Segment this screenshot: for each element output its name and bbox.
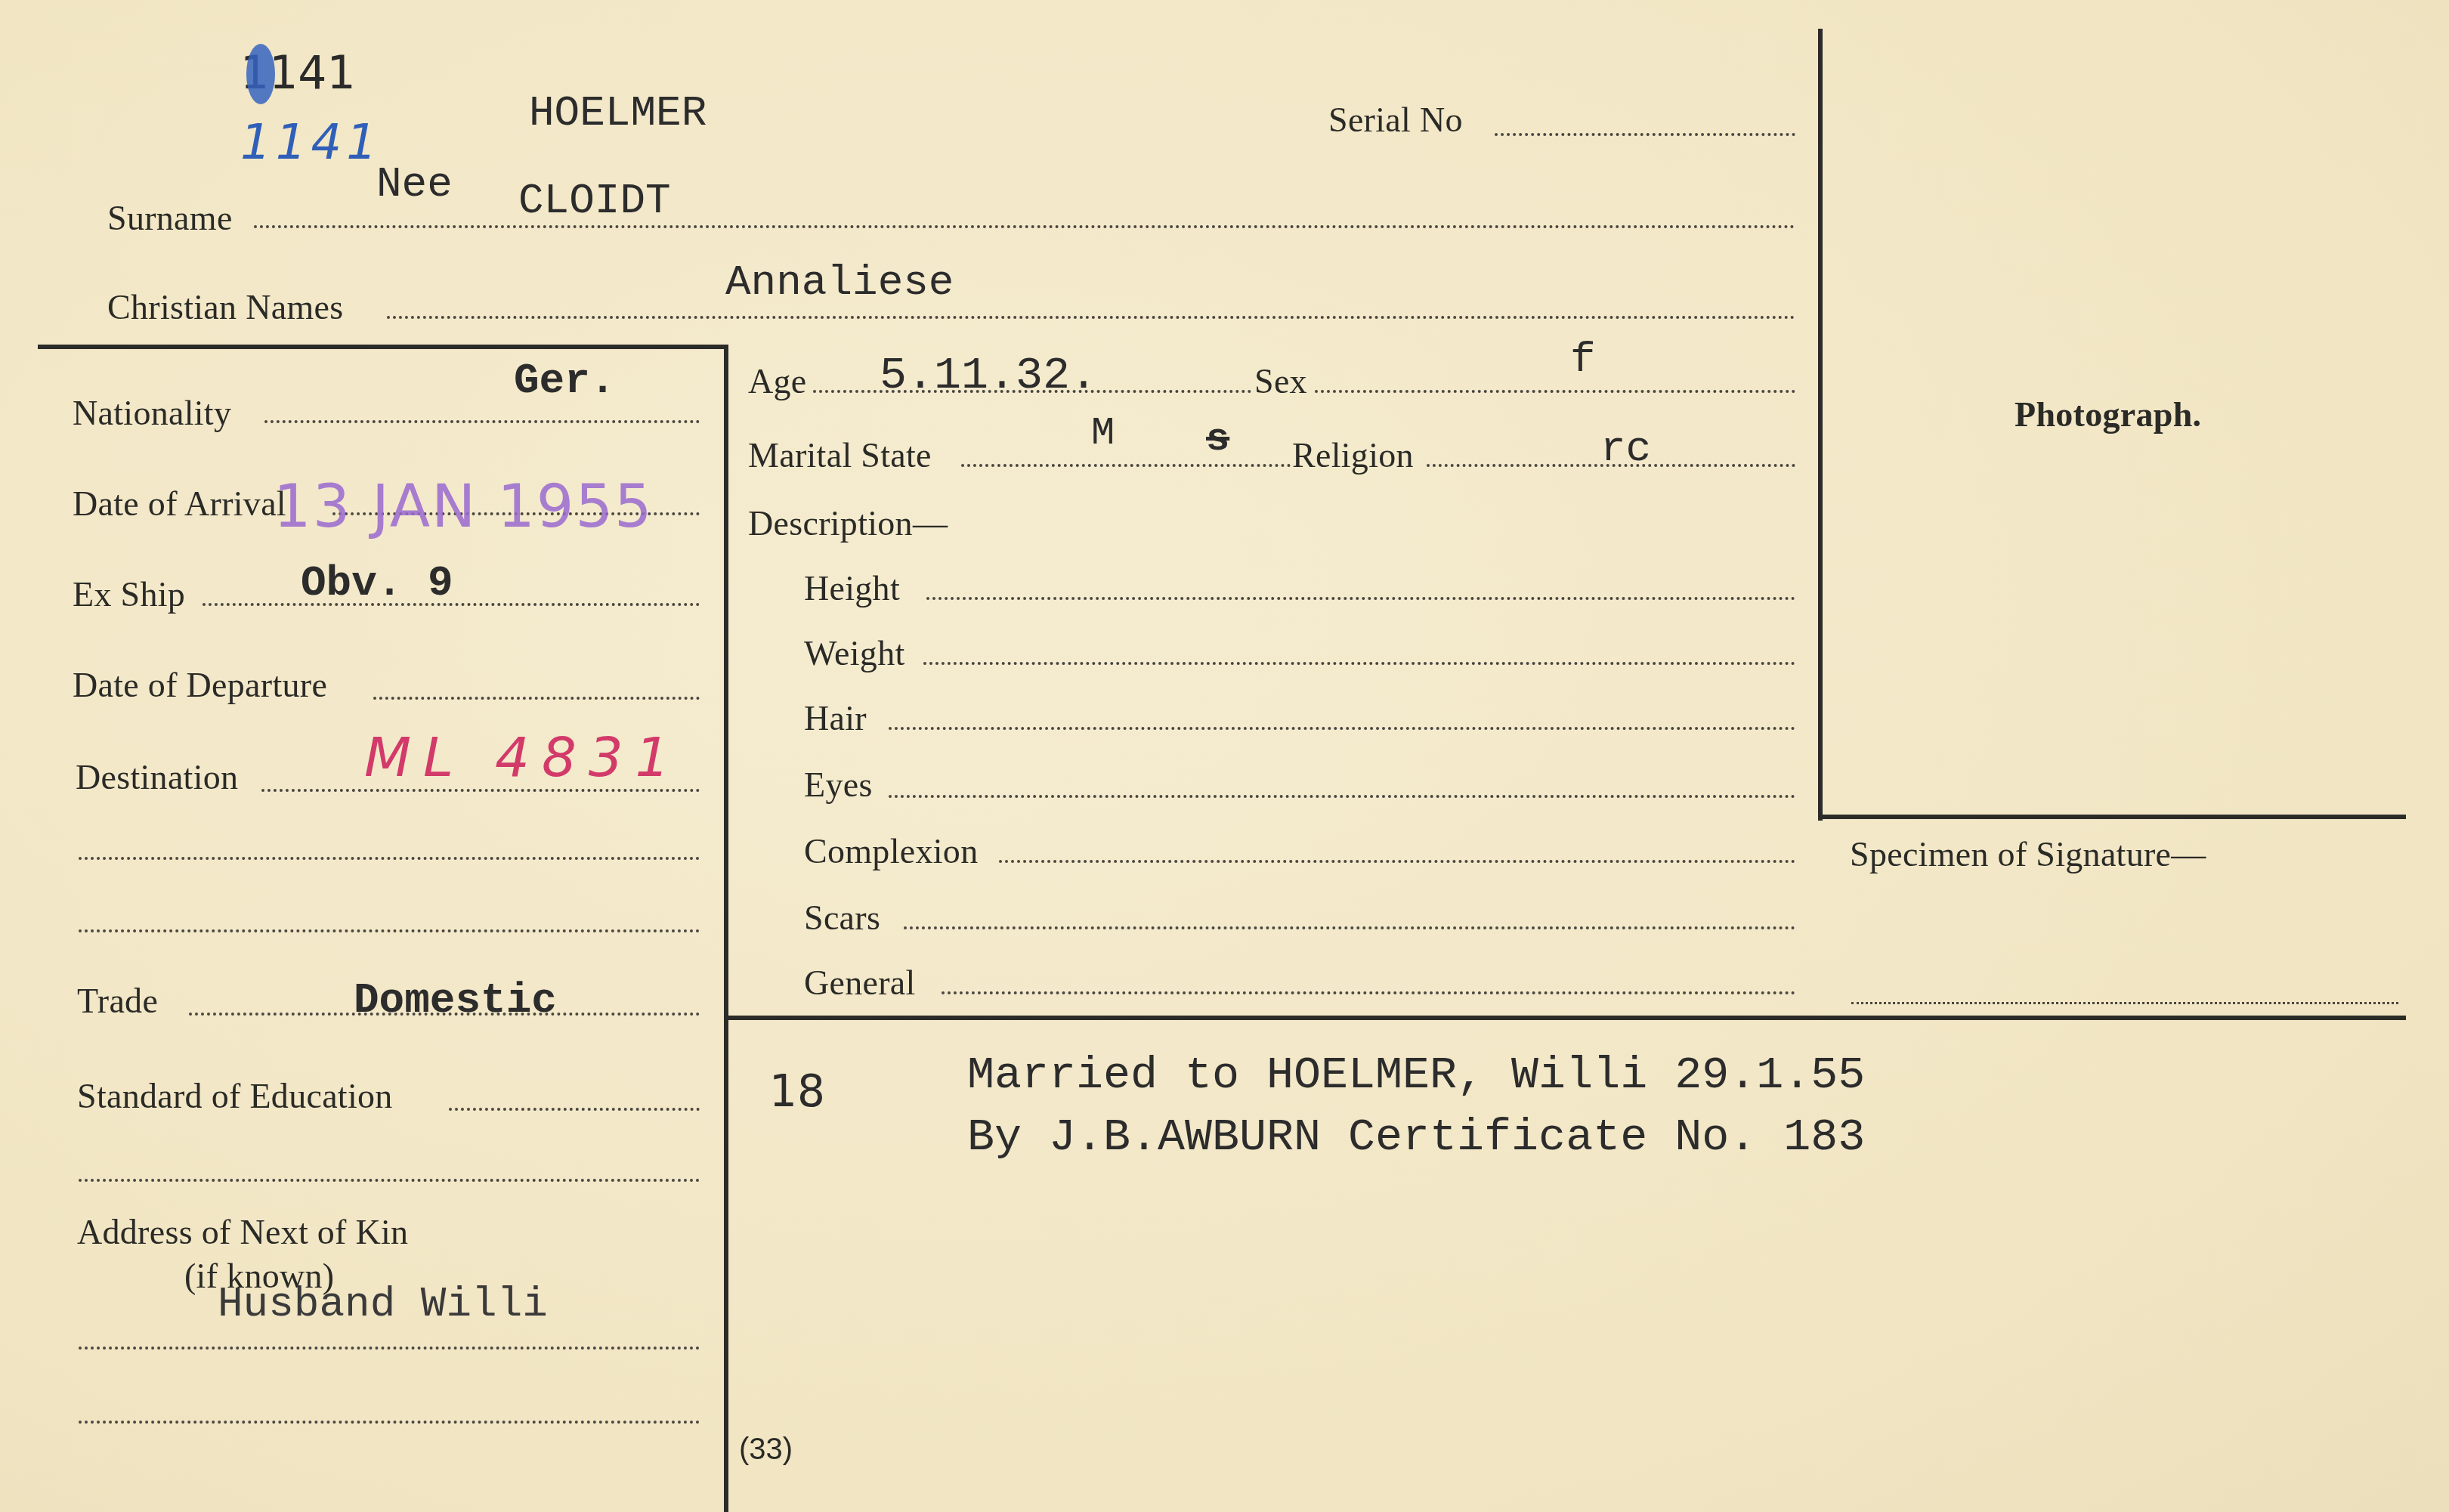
marital-state-label: Marital State	[748, 435, 932, 475]
date-of-departure-label: Date of Departure	[73, 665, 327, 705]
eyes-label: Eyes	[804, 765, 873, 805]
notes-number: 18	[769, 1065, 825, 1117]
nationality-label: Nationality	[73, 393, 231, 433]
surname-label: Surname	[107, 198, 233, 238]
age-value: 5.11.32.	[880, 351, 1097, 402]
scars-label: Scars	[804, 898, 880, 938]
ex-ship-line	[203, 603, 700, 606]
height-label: Height	[804, 568, 900, 608]
surname-line	[254, 225, 1795, 228]
general-label: General	[804, 963, 916, 1003]
education-line	[449, 1108, 700, 1111]
photo-box-bottom-border	[1818, 815, 2406, 819]
next-of-kin-label: Address of Next of Kin	[77, 1212, 408, 1252]
age-label: Age	[748, 361, 807, 401]
surname-value: HOELMER	[529, 89, 707, 138]
nationality-line	[264, 420, 700, 423]
date-of-arrival-stamp: 13 JAN 1955	[274, 473, 654, 541]
sex-label: Sex	[1254, 361, 1307, 401]
maiden-name-value: CLOIDT	[518, 177, 671, 225]
signature-line	[1851, 1002, 2398, 1004]
description-label: Description—	[748, 503, 948, 543]
nee-label: Nee	[376, 160, 453, 209]
next-of-kin-line	[79, 1347, 700, 1350]
serial-no-label: Serial No	[1328, 100, 1463, 140]
notes-top-border	[728, 1016, 2406, 1020]
form-number: (33)	[739, 1433, 793, 1467]
education-label: Standard of Education	[77, 1076, 393, 1116]
religion-value: rc	[1600, 425, 1651, 473]
blue-ink-blot	[246, 44, 275, 104]
destination-line-2	[79, 857, 700, 860]
hair-label: Hair	[804, 698, 867, 738]
complexion-line	[999, 860, 1795, 863]
photo-box-left-border	[1818, 29, 1823, 821]
ex-ship-value: Obv. 9	[301, 559, 453, 608]
height-line	[926, 597, 1795, 600]
destination-value: ML 4831	[364, 725, 682, 789]
file-number-handwritten: 1141	[240, 115, 382, 171]
date-of-departure-line	[373, 697, 700, 700]
next-of-kin-line-2	[79, 1421, 700, 1424]
destination-line	[261, 789, 700, 792]
left-panel-top-border	[38, 345, 728, 349]
sex-line	[1315, 390, 1795, 393]
hair-line	[889, 727, 1795, 730]
marital-state-struck: s	[1206, 417, 1229, 462]
notes-line-1: Married to HOELMER, Willi 29.1.55	[967, 1050, 1865, 1102]
eyes-line	[889, 795, 1795, 798]
trade-value: Domestic	[354, 976, 557, 1025]
weight-label: Weight	[804, 633, 905, 673]
signature-label: Specimen of Signature—	[1850, 834, 2206, 874]
trade-label: Trade	[77, 981, 158, 1021]
marital-state-line	[961, 464, 1291, 467]
christian-names-label: Christian Names	[107, 287, 343, 327]
nationality-value: Ger.	[514, 357, 615, 405]
serial-no-line	[1495, 133, 1795, 136]
religion-label: Religion	[1292, 435, 1414, 475]
sex-value: f	[1570, 335, 1596, 384]
education-line-2	[79, 1179, 700, 1182]
christian-names-value: Annaliese	[725, 258, 954, 307]
next-of-kin-value: Husband Willi	[218, 1280, 548, 1328]
destination-label: Destination	[76, 757, 238, 797]
general-line	[942, 991, 1795, 994]
scars-line	[904, 926, 1795, 929]
christian-names-line	[387, 316, 1795, 319]
destination-line-3	[79, 929, 700, 932]
ex-ship-label: Ex Ship	[73, 574, 185, 614]
marital-state-value: M	[1091, 411, 1115, 456]
left-panel-right-border	[724, 345, 728, 1512]
registration-card: 1141 1141 HOELMER Nee CLOIDT Surname Ser…	[0, 0, 2449, 1512]
notes-line-2: By J.B.AWBURN Certificate No. 183	[967, 1112, 1865, 1164]
photograph-area	[1826, 30, 2400, 813]
complexion-label: Complexion	[804, 831, 978, 871]
date-of-arrival-label: Date of Arrival	[73, 484, 286, 524]
weight-line	[923, 662, 1795, 665]
